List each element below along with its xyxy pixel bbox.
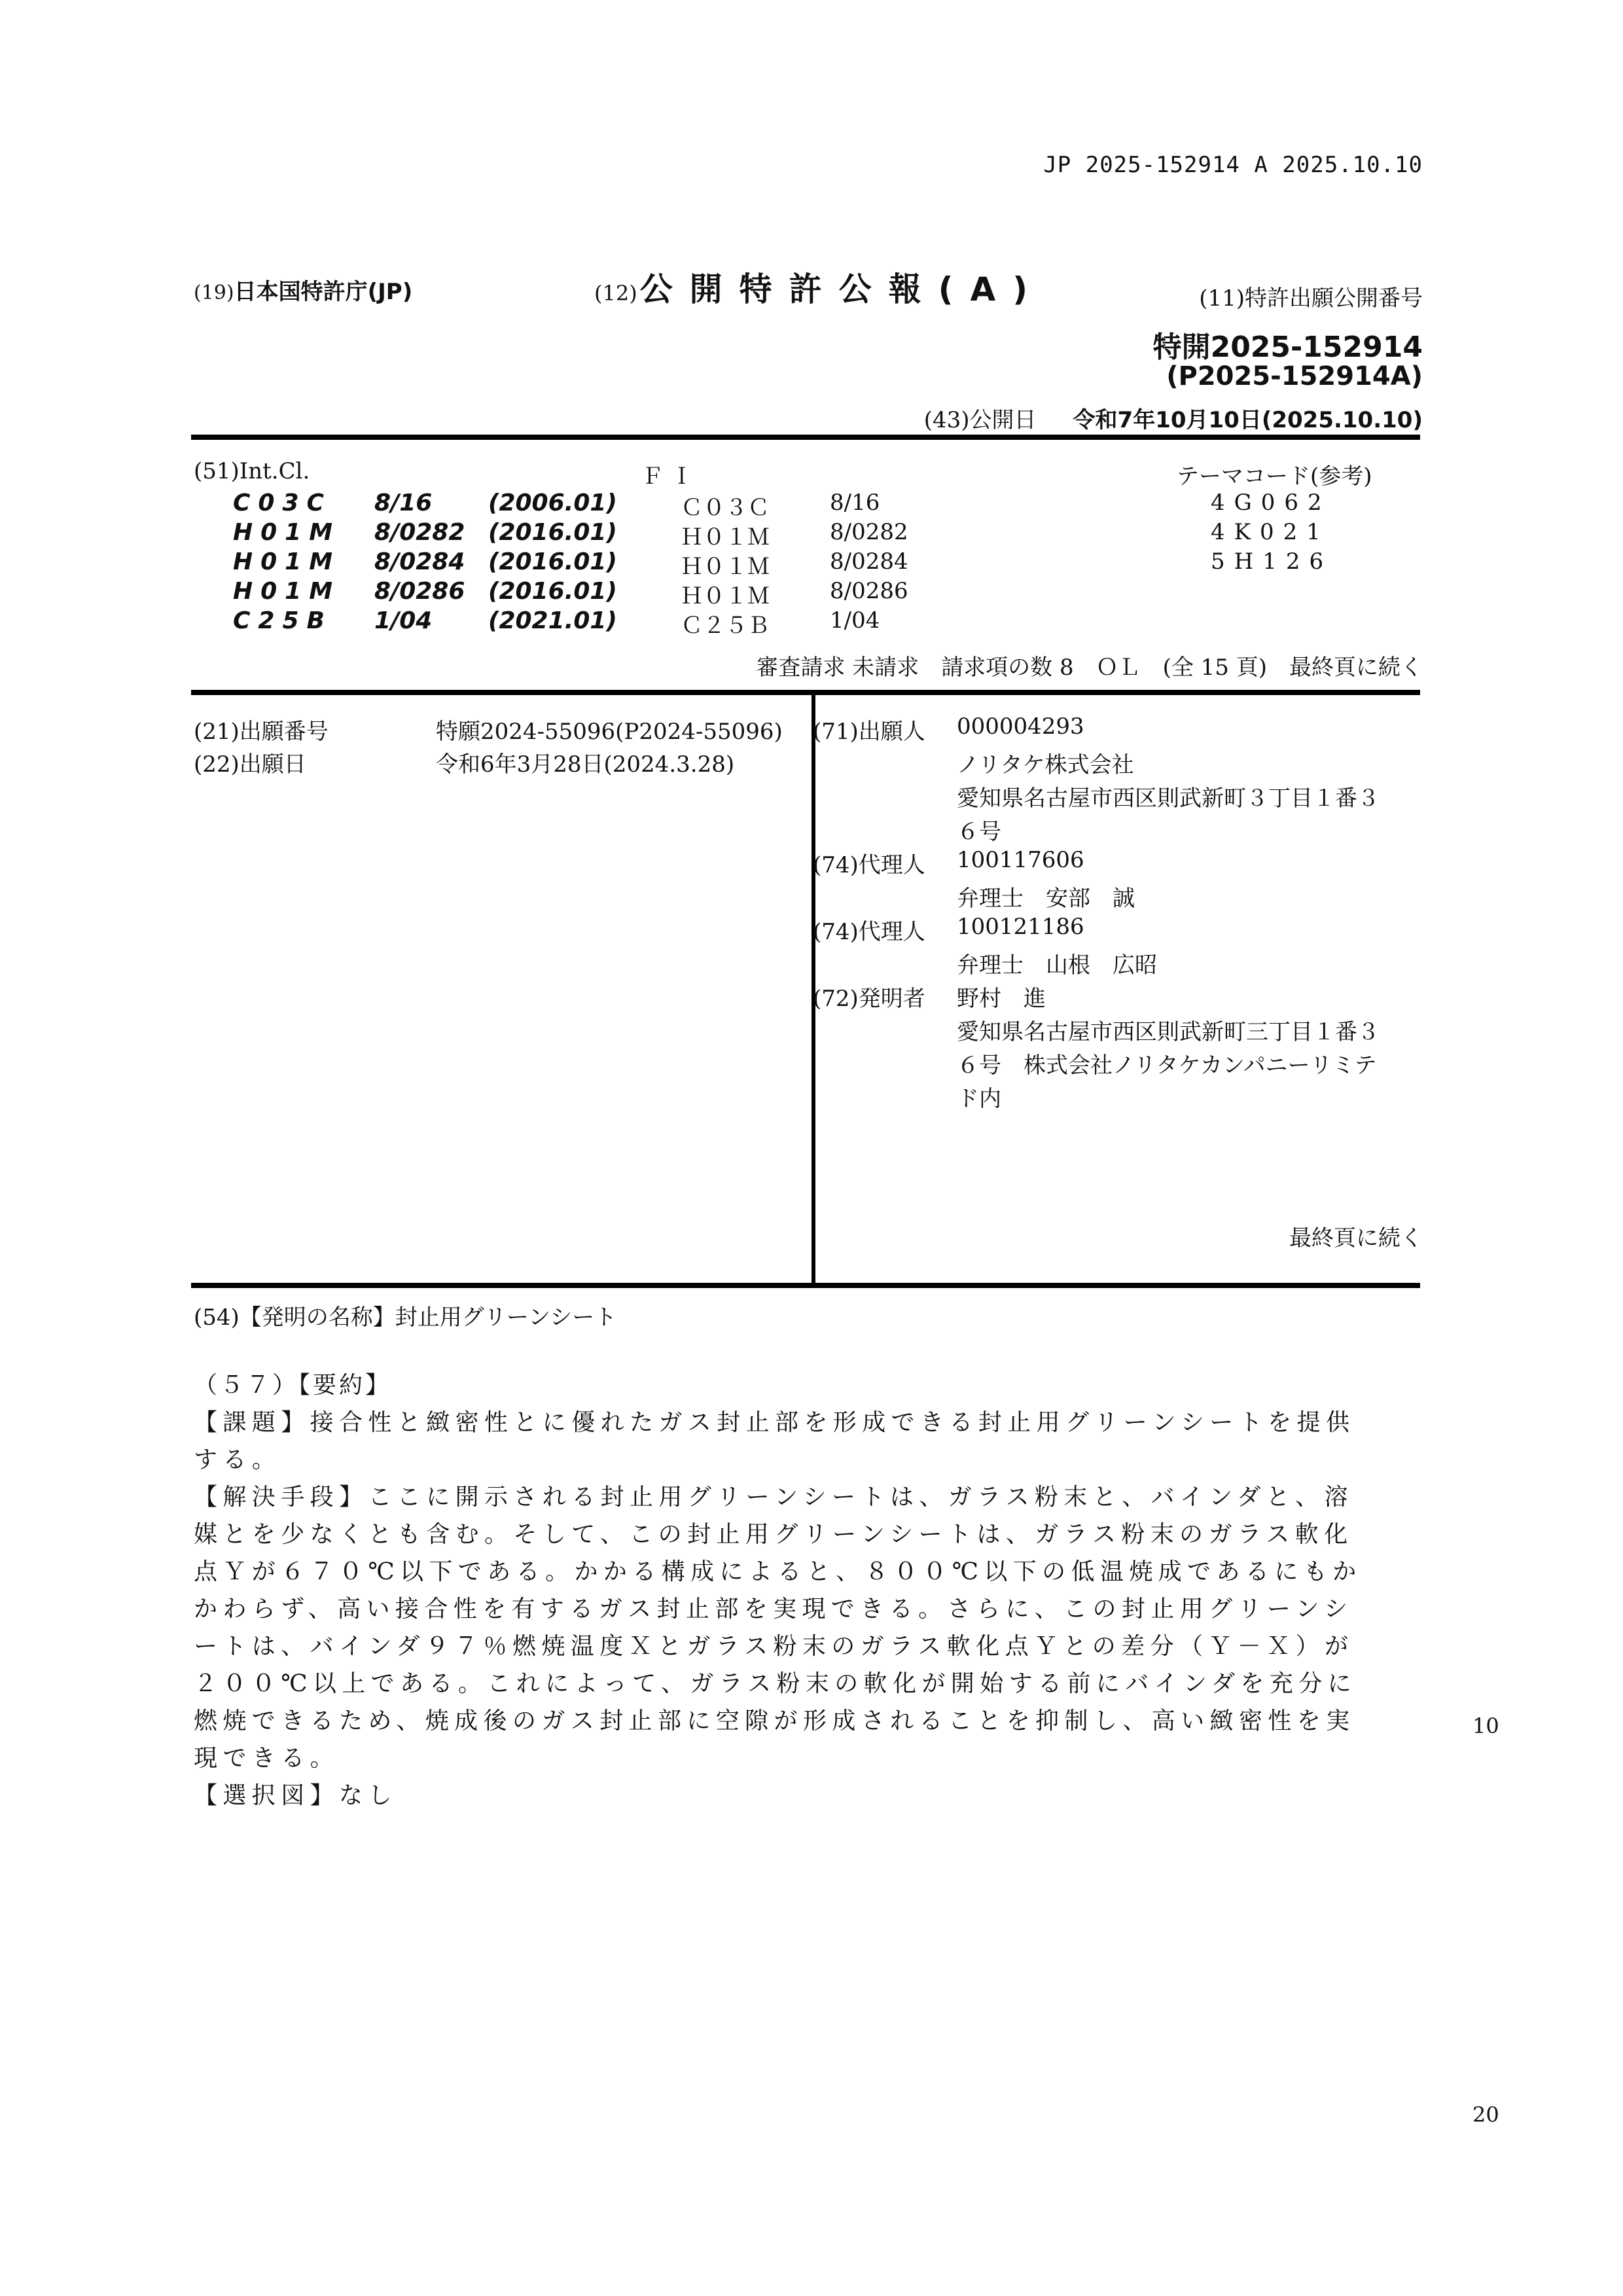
application-number: 特願2024-55096(P2024-55096)	[436, 713, 783, 745]
ipc-version: (2016.01)	[488, 578, 617, 605]
theme-code-label: テーマコード(参考)	[1177, 458, 1372, 490]
publication-number: 特開2025-152914	[1153, 323, 1423, 365]
abstract-line: 点Ｙが６７０℃以下である。かかる構成によると、８００℃以下の低温焼成であるにもか	[194, 1553, 1418, 1587]
invention-title: (54)【発明の名称】封止用グリーンシート	[194, 1299, 616, 1331]
abstract-line: 【解決手段】ここに開示される封止用グリーンシートは、ガラス粉末と、バインダと、溶	[194, 1479, 1418, 1512]
inventor-name: 野村 進	[957, 980, 1046, 1013]
fi-class: Ｃ０３Ｃ	[681, 490, 770, 522]
margin-line-number: 20	[1472, 2102, 1499, 2127]
abstract-line: かわらず、高い接合性を有するガス封止部を実現できる。さらに、この封止用グリーンシ	[194, 1590, 1418, 1624]
abstract-line: 【選択図】なし	[194, 1777, 1418, 1810]
attorney-id: 100121186	[957, 914, 1084, 940]
int-cl-label: (51)Int.Cl.	[194, 458, 310, 484]
attorney-label: (74)代理人	[813, 914, 925, 946]
bottom-rule	[191, 1283, 1420, 1288]
fi-group: 8/16	[830, 490, 880, 516]
fi-group: 8/0282	[830, 519, 908, 545]
abstract-line: する。	[194, 1441, 1418, 1475]
office-name: 日本国特許庁(JP)	[234, 279, 413, 305]
publication-type-title: 公開特許公報(A)	[640, 270, 1044, 308]
inventor-label: (72)発明者	[813, 980, 925, 1013]
inventor-address-cont: ６号 株式会社ノリタケカンパニーリミテ	[957, 1047, 1377, 1079]
applicant-name: ノリタケ株式会社	[957, 747, 1134, 779]
ipc-group: 1/04	[374, 607, 432, 634]
patent-office: (19)日本国特許庁(JP)	[194, 274, 412, 306]
ipc-class: H01M	[233, 519, 340, 546]
abstract-line: 現できる。	[194, 1740, 1418, 1773]
theme-code: 4K021	[1211, 519, 1330, 545]
ipc-class: C25B	[233, 607, 332, 634]
fi-group: 1/04	[830, 607, 880, 634]
theme-code: 5H126	[1211, 548, 1332, 575]
abstract-heading: （５７）【要約】	[194, 1367, 1418, 1400]
fi-group: 8/0286	[830, 578, 908, 604]
ipc-class: H01M	[233, 548, 340, 575]
attorney-label: (74)代理人	[813, 847, 925, 879]
attorney-name: 弁理士 安部 誠	[957, 880, 1135, 912]
theme-code: 4G062	[1211, 490, 1331, 516]
field-code-19: (19)	[194, 281, 234, 304]
fi-class: Ｈ０１Ｍ	[681, 519, 770, 551]
invention-title-label: (54)【発明の名称】	[194, 1304, 395, 1331]
publication-date-label: (43)公開日	[924, 407, 1037, 433]
applicant-address: 愛知県名古屋市西区則武新町３丁目１番３	[957, 780, 1380, 812]
examination-status: 審査請求 未請求 請求項の数 8 ＯＬ (全 15 頁) 最終頁に続く	[756, 649, 1423, 681]
application-date-label: (22)出願日	[194, 746, 306, 778]
ipc-class: C03C	[233, 490, 332, 516]
abstract-line: 燃焼できるため、焼成後のガス封止部に空隙が形成されることを抑制し、高い緻密性を実	[194, 1702, 1418, 1736]
fi-label: Ｆ Ｉ	[641, 458, 693, 490]
inventor-address: 愛知県名古屋市西区則武新町三丁目１番３	[957, 1014, 1380, 1046]
fi-class: Ｈ０１Ｍ	[681, 548, 770, 581]
applicant-id: 000004293	[957, 713, 1084, 740]
abstract-line: ２００℃以上である。これによって、ガラス粉末の軟化が開始する前にバインダを充分に	[194, 1665, 1418, 1698]
abstract-line: 媒とを少なくとも含む。そして、この封止用グリーンシートは、ガラス粉末のガラス軟化	[194, 1516, 1418, 1549]
top-rule	[191, 435, 1420, 440]
ipc-class: H01M	[233, 578, 340, 605]
publication-number-label: (11)特許出願公開番号	[1199, 280, 1423, 312]
abstract-line: 【課題】接合性と緻密性とに優れたガス封止部を形成できる封止用グリーンシートを提供	[194, 1404, 1418, 1437]
applicant-label: (71)出願人	[813, 713, 925, 745]
ipc-version: (2006.01)	[488, 490, 617, 516]
ipc-group: 8/16	[374, 490, 432, 516]
fi-group: 8/0284	[830, 548, 908, 575]
publication-date-value: 令和7年10月10日(2025.10.10)	[1073, 407, 1423, 433]
application-number-label: (21)出願番号	[194, 713, 329, 745]
ipc-group: 8/0282	[374, 519, 465, 546]
ipc-group: 8/0284	[374, 548, 465, 575]
inventor-address-cont: ド内	[957, 1081, 1001, 1113]
continued-note: 最終頁に続く	[1289, 1220, 1423, 1252]
fi-class: Ｃ２５Ｂ	[681, 607, 770, 639]
application-date: 令和6年3月28日(2024.3.28)	[436, 746, 734, 778]
attorney-id: 100117606	[957, 847, 1084, 873]
middle-rule	[191, 690, 1420, 695]
ipc-group: 8/0286	[374, 578, 465, 605]
attorney-name: 弁理士 山根 広昭	[957, 947, 1157, 979]
fi-class: Ｈ０１Ｍ	[681, 578, 770, 610]
document-id-header: JP 2025-152914 A 2025.10.10	[1043, 152, 1423, 178]
ipc-version: (2021.01)	[488, 607, 617, 634]
margin-line-number: 10	[1472, 1713, 1499, 1738]
applicant-address-cont: ６号	[957, 814, 1001, 846]
abstract-line: ートは、バインダ９７％燃焼温度Ｘとガラス粉末のガラス軟化点Ｙとの差分（Ｙ－Ｘ）が	[194, 1628, 1418, 1661]
publication-number-alt: (P2025-152914A)	[1166, 361, 1423, 391]
ipc-version: (2016.01)	[488, 548, 617, 575]
invention-title-value: 封止用グリーンシート	[395, 1304, 616, 1331]
publication-type: (12)公開特許公報(A)	[594, 263, 1044, 310]
field-code-12: (12)	[594, 281, 637, 306]
ipc-version: (2016.01)	[488, 519, 617, 546]
publication-date: (43)公開日令和7年10月10日(2025.10.10)	[924, 402, 1423, 434]
